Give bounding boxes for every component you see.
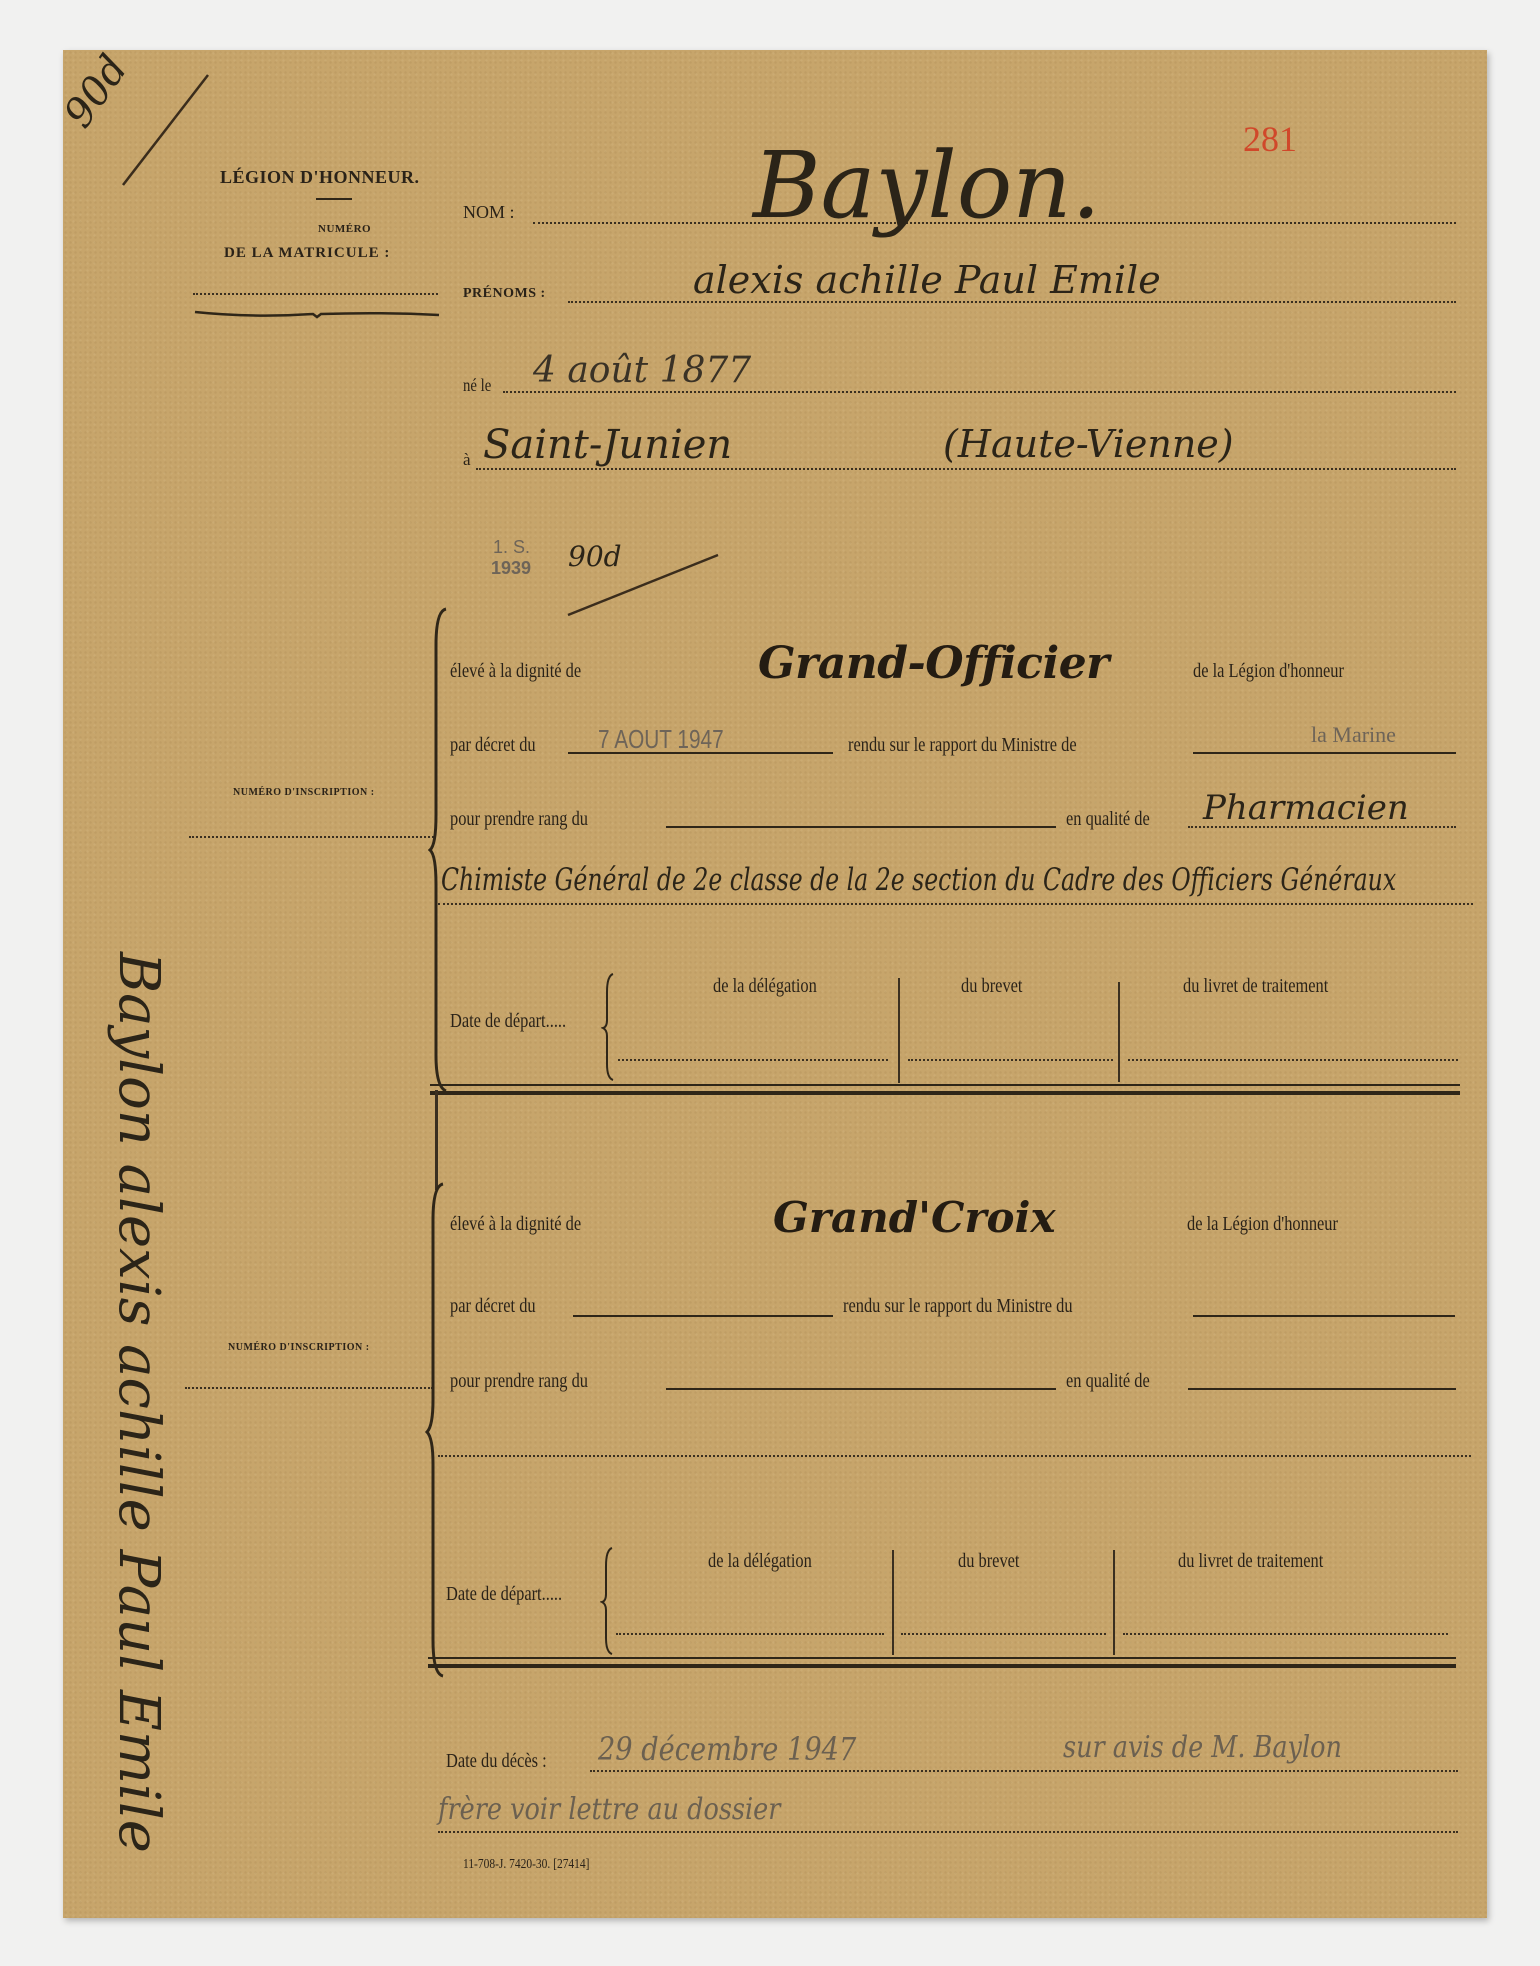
deces-note-line-1: sur avis de M. Baylon [1063,1730,1342,1765]
qualite-field[interactable] [1188,1388,1456,1390]
col-divider-2 [1113,1550,1115,1655]
decret-label: par décret du [450,1295,536,1318]
col-delegation: de la délégation [713,975,817,998]
inscription-label: NUMÉRO D'INSCRIPTION : [233,787,375,798]
qualite-value: Pharmacien [1203,788,1409,828]
title-underline [316,198,352,200]
brevet-field[interactable] [901,1633,1106,1635]
decret-value: 7 AOUT 1947 [598,724,724,755]
lieu-value: Saint-Junien [483,422,732,468]
deces-continued-field[interactable] [438,1831,1458,1833]
ne-le-label: né le [463,375,491,396]
livret-field[interactable] [1128,1059,1458,1061]
ornamental-rule-icon [193,308,443,320]
col-brevet: du brevet [958,1550,1019,1573]
prenoms-value: alexis achille Paul Emile [693,258,1161,302]
col-delegation: de la délégation [708,1550,812,1573]
section-divider [428,1657,1456,1668]
qualite-continued-field[interactable] [438,1455,1471,1457]
table-brace-icon [600,1546,616,1656]
section-divider [430,1084,1460,1095]
rang-field[interactable] [666,826,1056,828]
rapport-label: rendu sur le rapport du Ministre du [843,1295,1073,1318]
depart-label: Date de départ..... [446,1583,562,1606]
deces-note-line-2: frère voir lettre au dossier [438,1792,780,1827]
col-divider-1 [892,1550,894,1655]
deces-value: 29 décembre 1947 [598,1730,856,1768]
col-livret: du livret de traitement [1178,1550,1323,1573]
legion-honneur-record-card: 90d LÉGION D'HONNEUR. NUMÉRO DE LA MATRI… [63,50,1487,1918]
diagonal-stroke-icon [103,70,213,200]
a-label: à [463,450,471,470]
livret-field[interactable] [1123,1633,1448,1635]
inscription-label: NUMÉRO D'INSCRIPTION : [228,1342,370,1353]
ministre-field[interactable] [1193,1315,1455,1317]
folio-number: 281 [1243,118,1297,160]
qualite-label: en qualité de [1066,1370,1150,1393]
dignity-title: Grand'Croix [773,1193,1056,1242]
col-divider-1 [898,978,900,1083]
nom-label: NOM : [463,202,515,223]
prenoms-label: PRÉNOMS : [463,286,546,302]
rapport-label: rendu sur le rapport du Ministre de [848,734,1077,757]
decret-field[interactable] [573,1315,833,1317]
deces-label: Date du décès : [446,1750,547,1773]
deces-field[interactable] [590,1770,1458,1772]
qualite-continued-value: Chimiste Général de 2e classe de la 2e s… [441,862,1396,898]
qualite-label: en qualité de [1066,808,1150,831]
brevet-field[interactable] [908,1059,1113,1061]
legion-label: de la Légion d'honneur [1187,1213,1338,1236]
legion-label: de la Légion d'honneur [1193,660,1344,683]
matricule-field[interactable] [193,293,438,295]
dignity-title: Grand-Officier [758,638,1109,689]
inscription-field[interactable] [189,836,434,838]
matricule-label-1: NUMÉRO [318,223,371,235]
ne-le-value: 4 août 1877 [533,350,751,391]
print-code: 11-708-J. 7420-30. [27414] [463,1857,589,1873]
delegation-field[interactable] [616,1633,884,1635]
ne-le-field[interactable] [503,391,1456,393]
left-brace-icon [428,605,452,1095]
stamp-line-2: 1939 [491,558,531,579]
departement-value: (Haute-Vienne) [943,422,1234,466]
depart-label: Date de départ..... [450,1010,566,1033]
lieu-field[interactable] [476,468,1456,470]
col-divider-2 [1118,982,1120,1082]
stamp-line-1: 1. S. [493,537,530,558]
inscription-field[interactable] [185,1387,433,1389]
col-livret: du livret de traitement [1183,975,1328,998]
spine-name: Baylon alexis achille Paul Emile [106,952,171,1853]
col-brevet: du brevet [961,975,1022,998]
section-connector [435,1090,438,1190]
delegation-field[interactable] [618,1059,888,1061]
eleve-label: élevé à la dignité de [450,1213,581,1236]
stamp-stroke-icon [563,550,723,620]
rang-field[interactable] [666,1388,1056,1390]
institution-title: LÉGION D'HONNEUR. [220,167,500,188]
qualite-continued-field[interactable] [438,903,1473,905]
matricule-label-2: DE LA MATRICULE : [224,245,390,262]
decret-label: par décret du [450,734,536,757]
nom-value: Baylon. [753,132,1101,239]
eleve-label: élevé à la dignité de [450,660,581,683]
rang-label: pour prendre rang du [450,1370,588,1393]
rang-label: pour prendre rang du [450,808,588,831]
ministre-field[interactable] [1193,752,1456,754]
ministre-value: la Marine [1311,722,1396,748]
table-brace-icon [601,972,617,1082]
